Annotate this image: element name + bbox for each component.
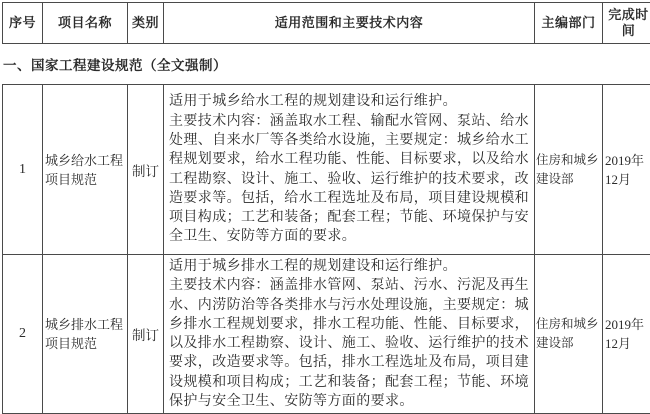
scope-intro: 适用于城乡排水工程的规划建设和运行维护。 — [169, 257, 529, 276]
section-title: 一、国家工程建设规范（全文强制） — [2, 44, 650, 84]
table-row: 1 城乡给水工程项目规范 制订 适用于城乡给水工程的规划建设和运行维护。 主要技… — [3, 85, 650, 255]
col-header-department: 主编部门 — [535, 3, 603, 44]
scope-detail: 主要技术内容：涵盖取水工程、输配水管网、泵站、给水处理、自来水厂等各类给水设施，… — [169, 112, 529, 247]
cell-department: 住房和城乡建设部 — [535, 85, 603, 255]
cell-scope: 适用于城乡排水工程的规划建设和运行维护。 主要技术内容：涵盖排水管网、泵站、污水… — [164, 255, 535, 407]
cell-category: 制订 — [128, 85, 164, 255]
scope-intro: 适用于城乡给水工程的规划建设和运行维护。 — [169, 92, 529, 111]
table-row: 2 城乡排水工程项目规范 制订 适用于城乡排水工程的规划建设和运行维护。 主要技… — [3, 255, 650, 407]
cell-project-name: 城乡排水工程项目规范 — [43, 255, 128, 407]
table-body: 1 城乡给水工程项目规范 制订 适用于城乡给水工程的规划建设和运行维护。 主要技… — [2, 84, 650, 406]
standards-table-document: 序号 项目名称 类别 适用范围和主要技术内容 主编部门 完成时间 一、国家工程建… — [2, 2, 650, 406]
col-header-completion: 完成时间 — [603, 3, 650, 44]
cell-project-name: 城乡给水工程项目规范 — [43, 85, 128, 255]
cell-category: 制订 — [128, 255, 164, 407]
header-row: 序号 项目名称 类别 适用范围和主要技术内容 主编部门 完成时间 — [3, 3, 650, 44]
cell-no: 2 — [3, 255, 43, 407]
cell-completion: 2019年12月 — [603, 85, 650, 255]
scope-detail: 主要技术内容：涵盖排水管网、泵站、污水、污泥及再生水、内涝防治等各类排水与污水处… — [169, 276, 529, 406]
cell-no: 1 — [3, 85, 43, 255]
cell-scope: 适用于城乡给水工程的规划建设和运行维护。 主要技术内容：涵盖取水工程、输配水管网… — [164, 85, 535, 255]
col-header-scope: 适用范围和主要技术内容 — [164, 3, 535, 44]
cell-completion: 2019年12月 — [603, 255, 650, 407]
col-header-project-name: 项目名称 — [43, 3, 128, 44]
cell-department: 住房和城乡建设部 — [535, 255, 603, 407]
col-header-no: 序号 — [3, 3, 43, 44]
document-page: { "colors": { "background": "#ffffff", "… — [0, 0, 650, 406]
table-header: 序号 项目名称 类别 适用范围和主要技术内容 主编部门 完成时间 — [2, 2, 650, 44]
col-header-category: 类别 — [128, 3, 164, 44]
